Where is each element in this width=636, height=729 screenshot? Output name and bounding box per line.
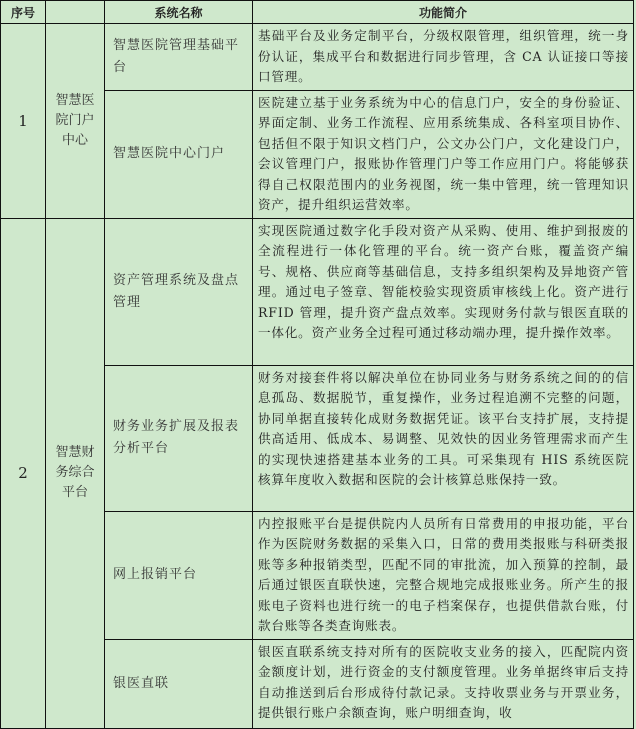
system-description: 基础平台及业务定制平台，分级权限管理，组织管理，统一身份认证，集成平台和数据进行… [253,24,634,91]
header-description: 功能简介 [253,1,634,24]
table-header-row: 序号 系统名称 功能简介 [1,1,634,24]
system-name: 资产管理系统及盘点管理 [105,218,253,365]
system-name: 智慧医院中心门户 [105,90,253,218]
header-group [46,1,105,24]
system-description: 内控报账平台是提供院内人员所有日常费用的申报功能，平台作为医院财务数据的采集入口… [253,511,634,639]
system-description: 实现医院通过数字化手段对资产从采购、使用、维护到报废的全流程进行一体化管理的平台… [253,218,634,365]
table-row: 2 智慧财务综合平台 资产管理系统及盘点管理 实现医院通过数字化手段对资产从采购… [1,218,634,365]
system-name: 智慧医院管理基础平台 [105,24,253,91]
group-name: 智慧医院门户中心 [46,24,105,219]
system-description: 医院建立基于业务系统为中心的信息门户，安全的身份验证、界面定制、业务工作流程、应… [253,90,634,218]
group-name: 智慧财务综合平台 [46,218,105,720]
system-name: 网上报销平台 [105,511,253,639]
header-seq: 序号 [1,1,46,24]
table-row: 1 智慧医院门户中心 智慧医院管理基础平台 基础平台及业务定制平台，分级权限管理… [1,24,634,91]
system-description: 银医直联系统支持对所有的医院收支业务的接入，匹配院内资金额度计划，进行资金的支付… [253,639,634,720]
header-system-name: 系统名称 [105,1,253,24]
system-description-text: 银医直联系统支持对所有的医院收支业务的接入，匹配院内资金额度计划，进行资金的支付… [258,642,629,721]
group-seq: 1 [1,24,46,219]
system-name: 银医直联 [105,639,253,720]
group-seq: 2 [1,218,46,720]
system-function-table: 序号 系统名称 功能简介 1 智慧医院门户中心 智慧医院管理基础平台 基础平台及… [0,0,634,720]
system-description: 财务对接套件将以解决单位在协同业务与财务系统之间的的信息孤岛、数据脱节，重复操作… [253,365,634,511]
system-name: 财务业务扩展及报表分析平台 [105,365,253,511]
